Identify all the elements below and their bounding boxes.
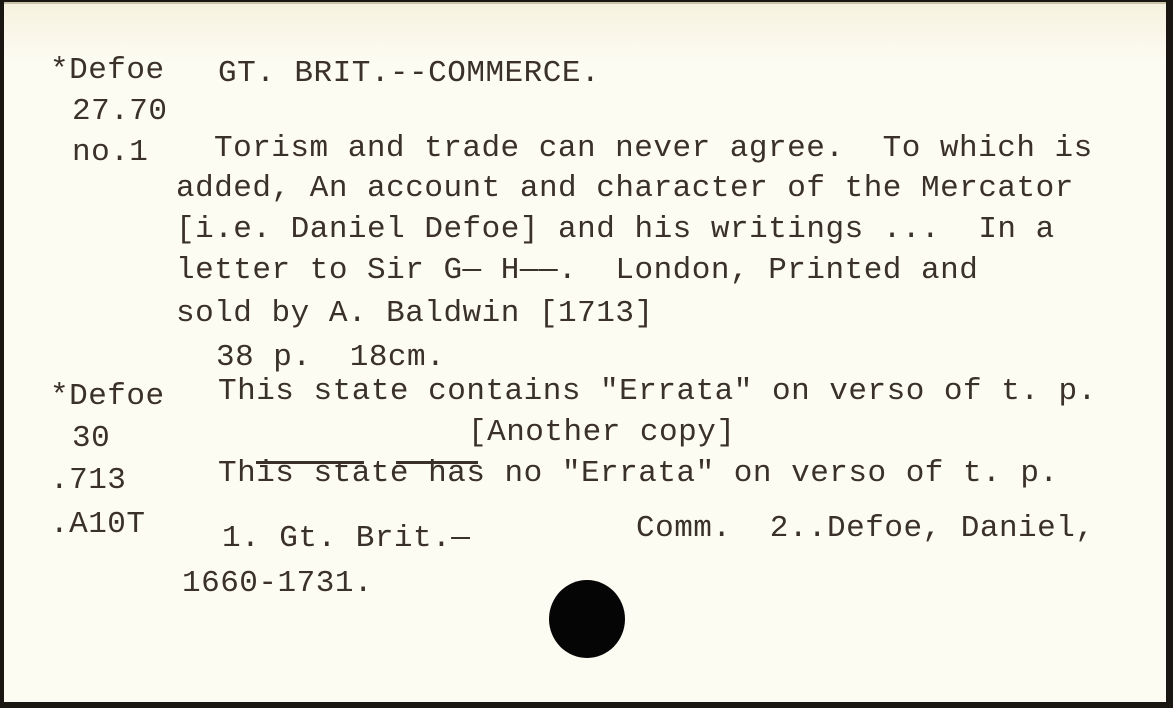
title-line-3: [i.e. Daniel Defoe] and his writings ...… <box>176 213 1055 247</box>
subject-heading: GT. BRIT.--COMMERCE. <box>218 57 600 91</box>
note-no-errata: This state has no "Errata" on verso of t… <box>218 457 1059 491</box>
collation: 38 p. 18cm. <box>216 341 445 375</box>
title-line-5: sold by A. Baldwin [1713] <box>176 297 654 331</box>
tracing-subject: 1. Gt. Brit.— <box>222 522 470 556</box>
second-call-number-line-3: .713 <box>50 464 126 498</box>
second-call-number-line-4: .A10T <box>50 508 146 542</box>
call-number-line-2: 27.70 <box>72 95 168 129</box>
tracing-author-dates: 1660-1731. <box>182 567 373 601</box>
catalog-card: *Defoe GT. BRIT.--COMMERCE. 27.70 no.1 T… <box>4 2 1166 702</box>
title-line-2: added, An account and character of the M… <box>176 172 1074 206</box>
call-number-line-3: no.1 <box>72 136 148 170</box>
second-call-number-line-1: *Defoe <box>50 380 165 414</box>
second-call-number-line-2: 30 <box>72 422 110 456</box>
call-number-line-1: *Defoe <box>50 54 165 88</box>
tracing-author: Comm. 2..Defoe, Daniel, <box>636 512 1094 546</box>
note-errata: This state contains "Errata" on verso of… <box>218 375 1097 409</box>
another-copy: [Another copy] <box>468 416 735 450</box>
punch-hole <box>549 580 625 658</box>
title-line-4: letter to Sir G— H——. London, Printed an… <box>176 254 978 288</box>
title-line-1: Torism and trade can never agree. To whi… <box>214 132 1093 166</box>
